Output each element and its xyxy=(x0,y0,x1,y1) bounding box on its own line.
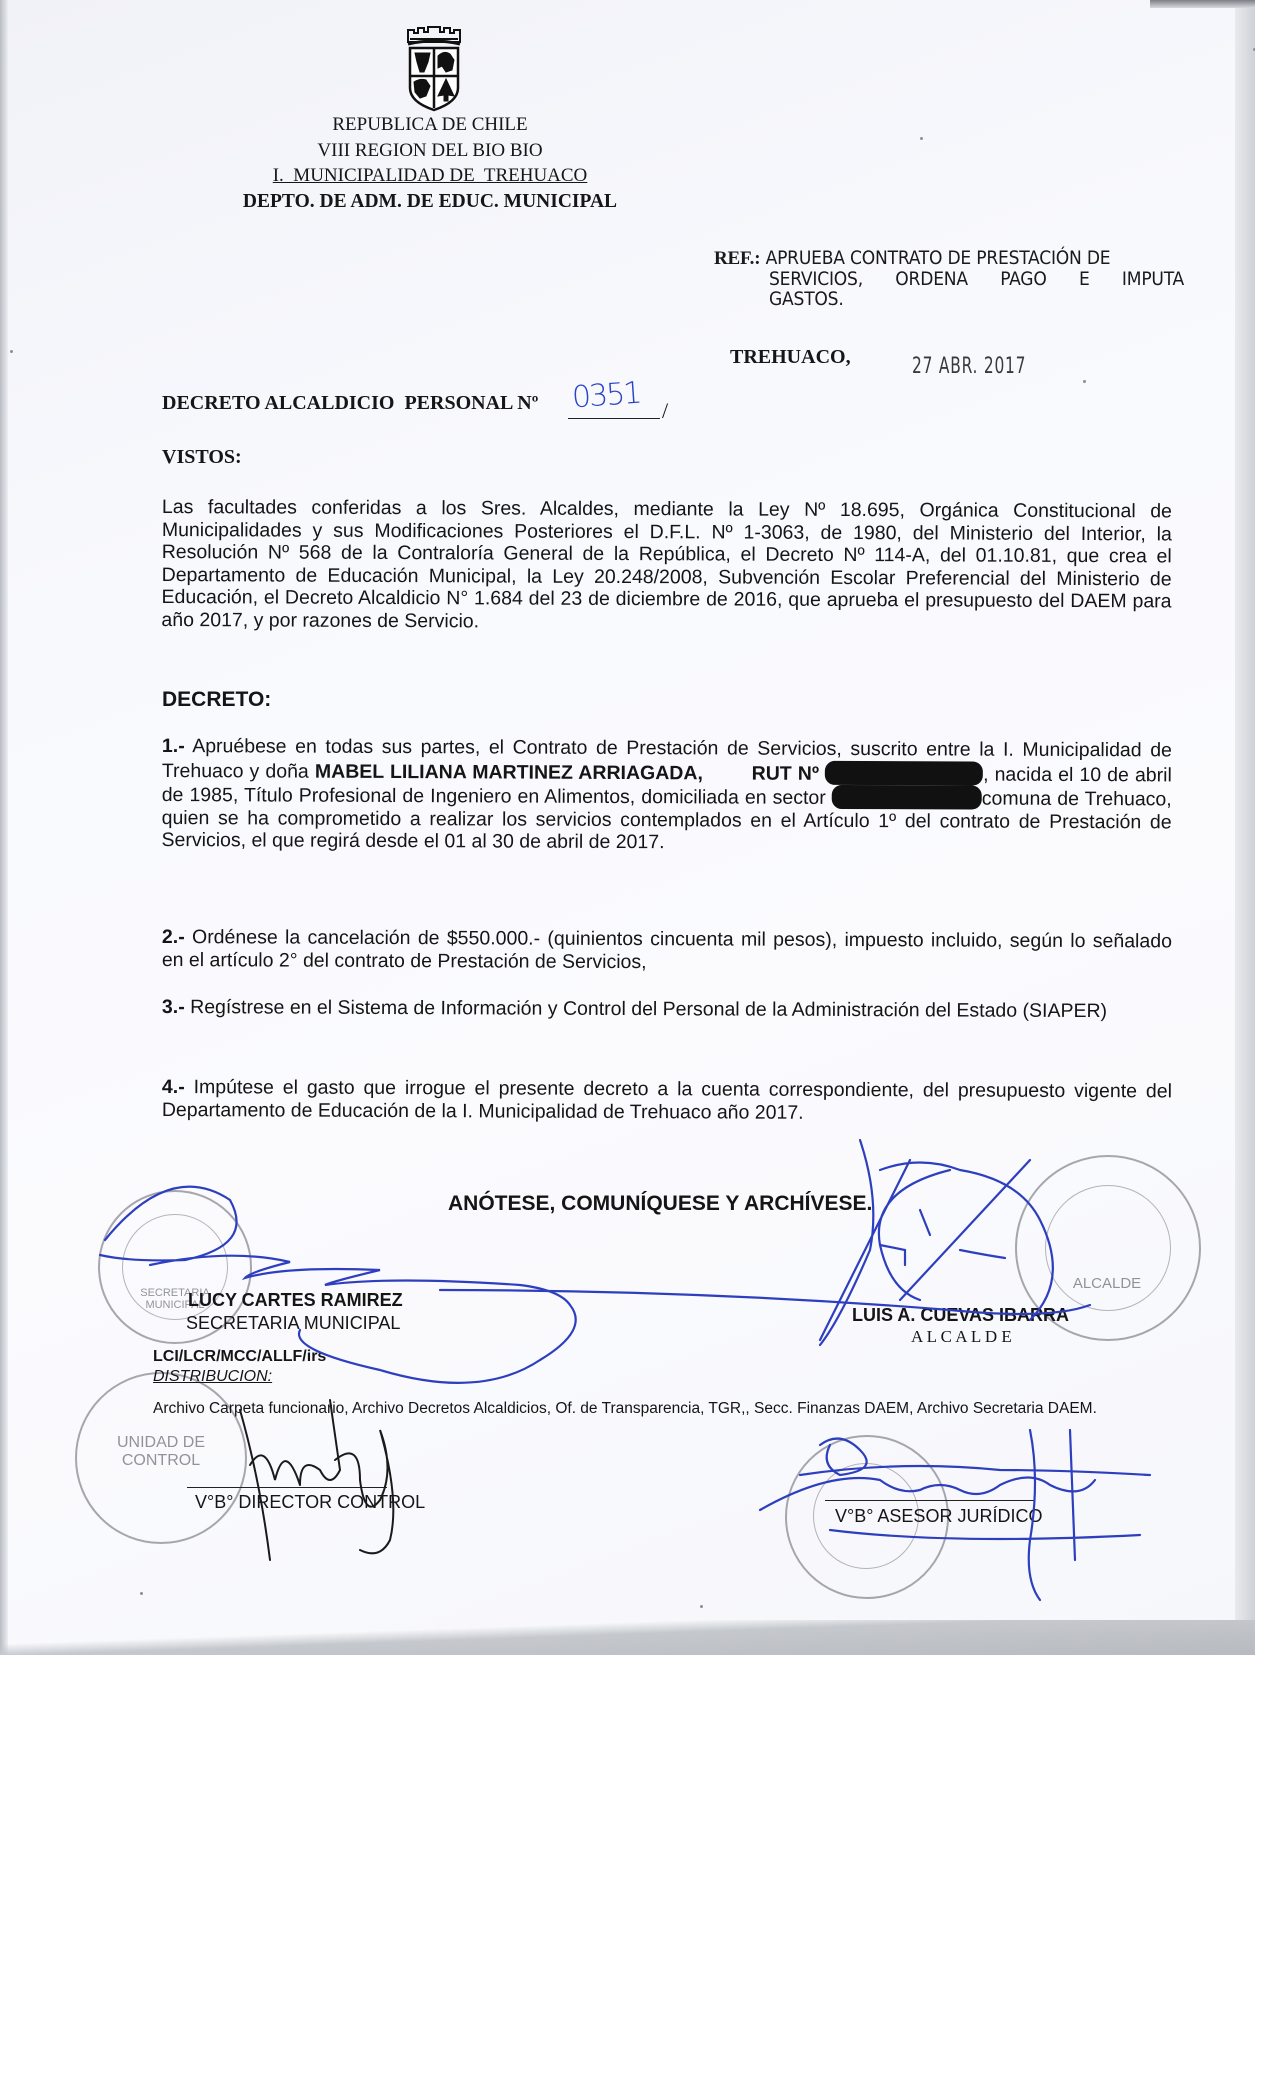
mayor-signature-icon xyxy=(440,1140,1090,1345)
handwritten-signatures xyxy=(0,0,1255,1655)
control-signature-icon xyxy=(240,1400,393,1560)
scanned-page: REPUBLICA DE CHILE VIII REGION DEL BIO B… xyxy=(0,0,1255,1655)
legal-signature-icon xyxy=(760,1430,1150,1600)
scan-bottom-shadow xyxy=(0,1620,1255,1655)
secretary-signature-icon xyxy=(100,1187,576,1383)
